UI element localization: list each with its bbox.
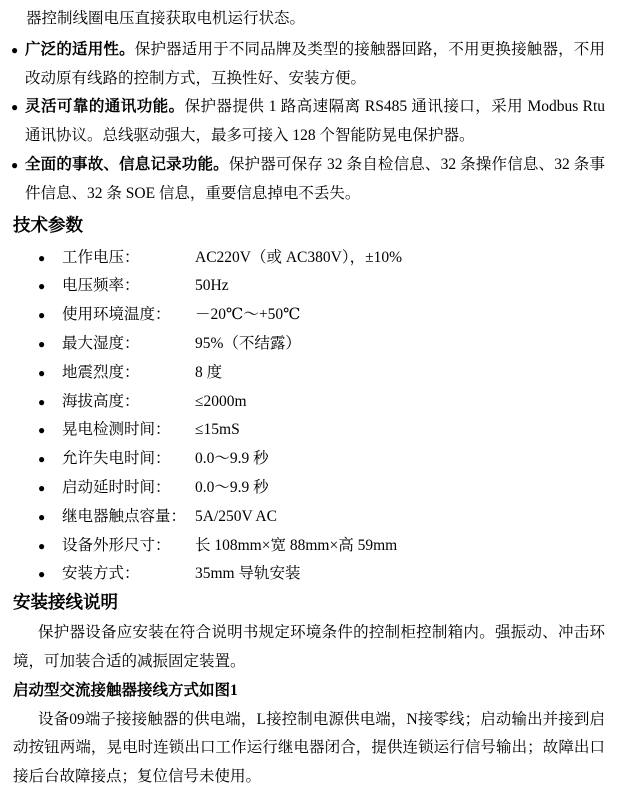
param-row: ● 海拔高度： ≤2000m — [13, 388, 605, 417]
bullet-icon: ● — [38, 244, 62, 273]
param-row: ● 最大湿度： 95%（不结露） — [13, 330, 605, 359]
param-value: AC220V（或 AC380V），±10% — [195, 244, 605, 273]
param-row: ● 晃电检测时间： ≤15mS — [13, 416, 605, 445]
param-value: 0.0～9.9 秒 — [195, 474, 605, 503]
install-paragraph: 保护器设备应安装在符合说明书规定环境条件的控制柜控制箱内。强振动、冲击环境，可加… — [13, 619, 605, 677]
intro-continuation-paragraph: 器控制线圈电压直接获取电机运行状态。 — [13, 5, 605, 34]
feature-item: ●全面的事故、信息记录功能。保护器可保存 32 条自检信息、32 条操作信息、3… — [13, 151, 605, 209]
param-label: 电压频率： — [62, 272, 195, 301]
feature-title: 全面的事故、信息记录功能。 — [25, 156, 229, 173]
param-value: 35mm 导轨安装 — [195, 560, 605, 589]
param-label: 安装方式： — [62, 560, 195, 589]
bullet-icon: ● — [38, 503, 62, 532]
param-row: ● 地震烈度： 8 度 — [13, 359, 605, 388]
param-label: 使用环境温度： — [62, 301, 195, 330]
wiring-title: 启动型交流接触器接线方式如图1 — [13, 677, 605, 706]
document-page: 器控制线圈电压直接获取电机运行状态。 ●广泛的适用性。保护器适用于不同品牌及类型… — [0, 0, 619, 791]
param-label: 工作电压： — [62, 244, 195, 273]
param-value: 95%（不结露） — [195, 330, 605, 359]
feature-item: ●广泛的适用性。保护器适用于不同品牌及类型的接触器回路，不用更换接触器，不用改动… — [13, 36, 605, 94]
bullet-icon: ● — [38, 388, 62, 417]
param-value: 50Hz — [195, 272, 605, 301]
param-value: 8 度 — [195, 359, 605, 388]
param-row: ● 设备外形尺寸： 长 108mm×宽 88mm×高 59mm — [13, 532, 605, 561]
bullet-icon: ● — [38, 416, 62, 445]
param-value: ≤2000m — [195, 388, 605, 417]
param-row: ● 使用环境温度： －20℃～+50℃ — [13, 301, 605, 330]
bullet-icon: ● — [11, 36, 18, 65]
param-label: 海拔高度： — [62, 388, 195, 417]
param-row: ● 允许失电时间： 0.0～9.9 秒 — [13, 445, 605, 474]
param-value: 长 108mm×宽 88mm×高 59mm — [195, 532, 605, 561]
wiring-paragraph: 设备09端子接接触器的供电端，L接控制电源供电端，N接零线；启动输出并接到启动按… — [13, 706, 605, 791]
feature-list: ●广泛的适用性。保护器适用于不同品牌及类型的接触器回路，不用更换接触器，不用改动… — [13, 36, 605, 209]
bullet-icon: ● — [11, 93, 18, 122]
feature-title: 灵活可靠的通讯功能。 — [25, 98, 185, 115]
feature-item: ●灵活可靠的通讯功能。保护器提供 1 路高速隔离 RS485 通讯接口，采用 M… — [13, 93, 605, 151]
bullet-icon: ● — [38, 359, 62, 388]
param-label: 地震烈度： — [62, 359, 195, 388]
param-value: 5A/250V AC — [195, 503, 605, 532]
section-heading-install: 安装接线说明 — [13, 589, 605, 615]
param-label: 最大湿度： — [62, 330, 195, 359]
param-row: ● 电压频率： 50Hz — [13, 272, 605, 301]
bullet-icon: ● — [38, 532, 62, 561]
bullet-icon: ● — [38, 330, 62, 359]
param-value: 0.0～9.9 秒 — [195, 445, 605, 474]
param-label: 启动延时时间： — [62, 474, 195, 503]
param-row: ● 继电器触点容量： 5A/250V AC — [13, 503, 605, 532]
bullet-icon: ● — [38, 560, 62, 589]
param-label: 允许失电时间： — [62, 445, 195, 474]
bullet-icon: ● — [11, 151, 18, 180]
section-heading-tech-params: 技术参数 — [13, 212, 605, 238]
param-value: ≤15mS — [195, 416, 605, 445]
bullet-icon: ● — [38, 272, 62, 301]
param-label: 设备外形尺寸： — [62, 532, 195, 561]
param-label: 晃电检测时间： — [62, 416, 195, 445]
feature-title: 广泛的适用性。 — [25, 41, 135, 58]
param-row: ● 启动延时时间： 0.0～9.9 秒 — [13, 474, 605, 503]
bullet-icon: ● — [38, 445, 62, 474]
param-value: －20℃～+50℃ — [195, 301, 605, 330]
bullet-icon: ● — [38, 301, 62, 330]
param-row: ● 安装方式： 35mm 导轨安装 — [13, 560, 605, 589]
tech-params-list: ● 工作电压： AC220V（或 AC380V），±10% ● 电压频率： 50… — [13, 244, 605, 590]
param-label: 继电器触点容量： — [62, 503, 195, 532]
bullet-icon: ● — [38, 474, 62, 503]
param-row: ● 工作电压： AC220V（或 AC380V），±10% — [13, 244, 605, 273]
